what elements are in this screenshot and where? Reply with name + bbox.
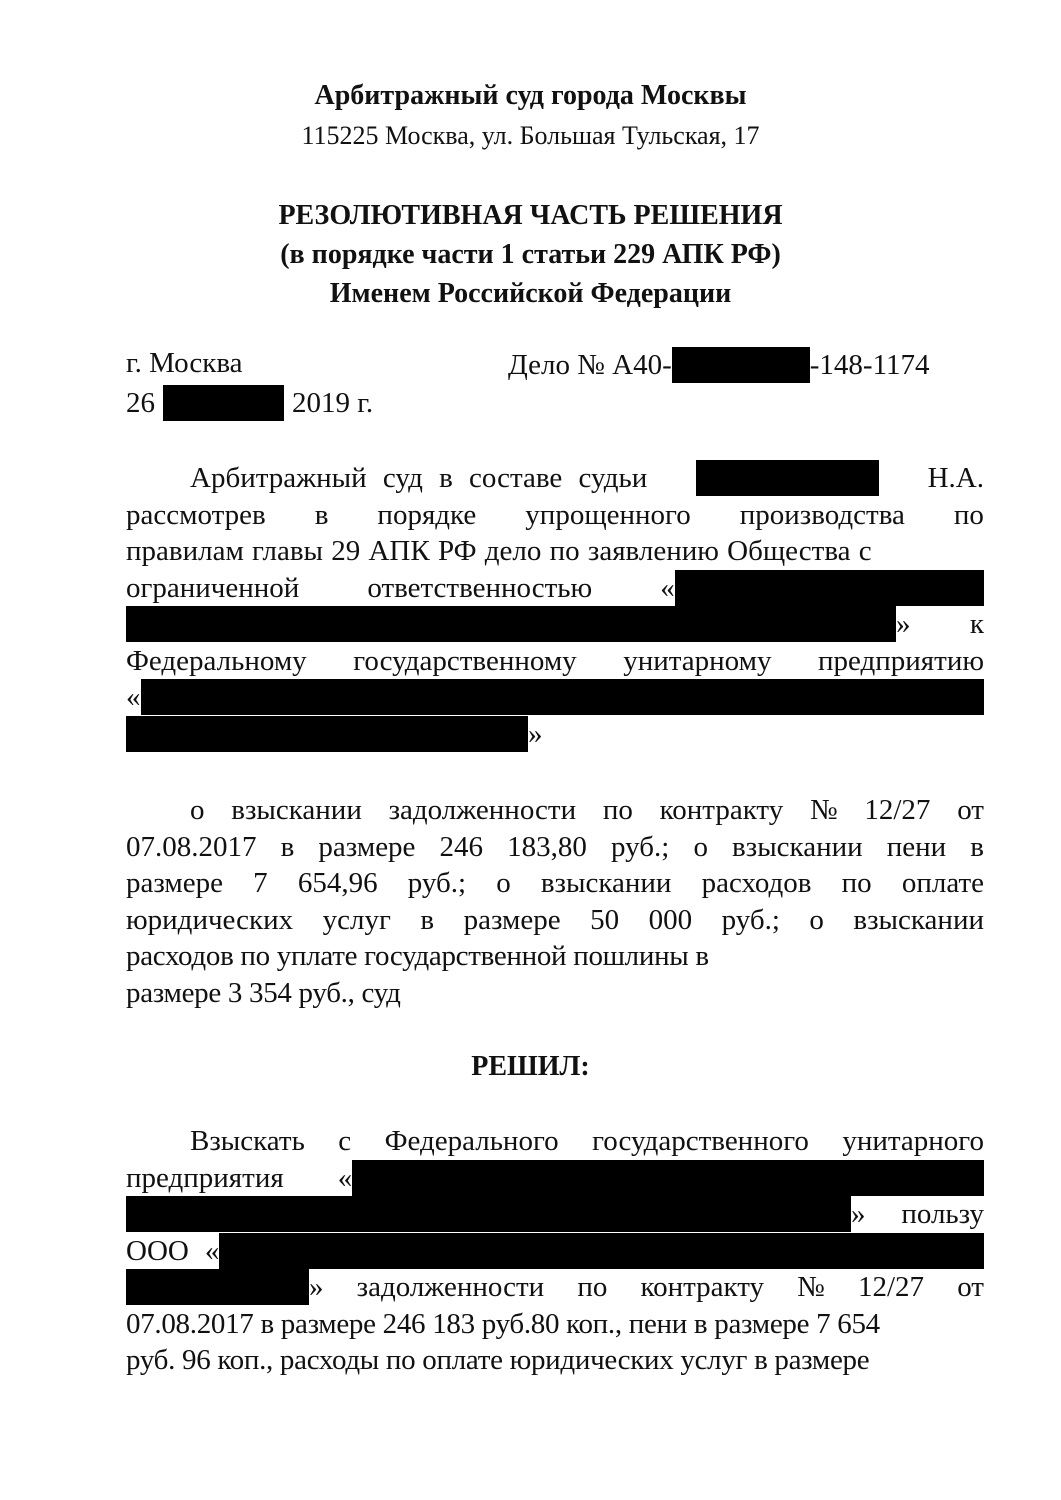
judge-initials: Н.А. [928, 461, 984, 495]
word: по [954, 498, 984, 532]
intro-line-1: Арбитражный суд в составе судьи Н.А. [126, 460, 984, 496]
word: услуг [323, 903, 391, 937]
word: руб.; [611, 830, 669, 864]
word: Федерального [385, 1124, 559, 1158]
word: » [896, 607, 911, 641]
word: с [338, 1124, 351, 1158]
word: № [810, 793, 838, 827]
redaction-bar [219, 1233, 984, 1269]
redaction-bar [672, 347, 810, 383]
decision-line-7: руб. 96 коп., расходы по оплате юридичес… [126, 1342, 984, 1378]
document-subtitle: (в порядке части 1 статьи 229 АПК РФ) [0, 239, 1061, 271]
word: контракту [660, 793, 784, 827]
claims-line-4: юридическихуслугвразмере50000руб.;овзыск… [126, 902, 984, 938]
decision-line-1: ВзыскатьсФедеральногогосударственногоуни… [126, 1123, 984, 1159]
court-name: Арбитражный суд города Москвы [0, 80, 1061, 112]
claims-line-5: расходов по уплате государственной пошли… [126, 938, 984, 974]
word: по [577, 1270, 607, 1304]
redaction-bar [126, 1196, 851, 1232]
word: о [809, 903, 824, 937]
word: « [660, 571, 675, 605]
case-number-prefix: Дело № А40- [508, 349, 672, 382]
intro-line-6: Федеральномугосударственномуунитарномупр… [126, 643, 984, 679]
word: 654,96 [298, 866, 378, 900]
city: г. Москва [126, 347, 243, 380]
word: в [281, 830, 295, 864]
word: унитарного [842, 1124, 984, 1158]
word: упрощенного [525, 498, 690, 532]
word: пользу [901, 1197, 984, 1231]
redaction-bar [126, 716, 528, 752]
case-number: Дело № А40- -148-1174 [508, 347, 930, 383]
decision-date: 26 2019 г. [126, 385, 373, 421]
decision-text: 07.08.2017 в размере 246 183 руб.80 коп.… [126, 1307, 880, 1341]
claims-text: расходов по уплате государственной пошли… [126, 939, 709, 973]
word: взыскании [231, 793, 362, 827]
date-year: 2019 г. [292, 387, 373, 420]
word: задолженности [357, 1270, 545, 1304]
word: 000 [649, 903, 693, 937]
word: ответственностью [367, 571, 592, 605]
word: в [420, 903, 434, 937]
word: взыскании [853, 903, 984, 937]
word: » [309, 1270, 324, 1304]
intro-line-4: ограниченной ответственностью « [126, 570, 984, 606]
decision-line-5: » задолженности по контракту № 12/27 от [126, 1269, 984, 1305]
decision-text: руб. 96 коп., расходы по оплате юридичес… [126, 1343, 869, 1377]
word: оплате [902, 866, 984, 900]
redaction-bar [696, 460, 879, 496]
word: 12/27 [858, 1270, 924, 1304]
word: о [190, 793, 205, 827]
word: предприятию [818, 644, 984, 678]
word: предприятия [126, 1161, 284, 1195]
word: от [957, 1270, 984, 1304]
decision-heading: РЕШИЛ: [0, 1051, 1061, 1083]
decision-line-4: ООО « [126, 1233, 984, 1269]
decision-line-3: » пользу [126, 1196, 984, 1232]
document-authority: Именем Российской Федерации [0, 278, 1061, 310]
word: о [693, 830, 708, 864]
word: ограниченной [126, 571, 299, 605]
claims-line-2: 07.08.2017вразмере246183,80руб.;овзыскан… [126, 829, 984, 865]
intro-text: Арбитражный суд в составе судьи [190, 461, 647, 495]
intro-text: правилам главы 29 АПК РФ дело по заявлен… [126, 534, 872, 568]
intro-line-8: » [126, 716, 984, 752]
word: о [496, 866, 511, 900]
word: руб.; [408, 866, 466, 900]
word: задолженности [389, 793, 577, 827]
redaction-bar [163, 385, 284, 421]
claims-line-3: размере7654,96руб.;овзысканиирасходовпоо… [126, 865, 984, 901]
word: пени [887, 830, 946, 864]
word: 50 [590, 903, 619, 937]
word: от [957, 793, 984, 827]
redaction-bar [352, 1160, 984, 1196]
word: взыскании [732, 830, 863, 864]
claims-text: размере 3 354 руб., суд [126, 976, 401, 1010]
word: 7 [253, 866, 268, 900]
word: размере [318, 830, 415, 864]
redaction-bar [126, 606, 896, 642]
word: ООО [126, 1234, 189, 1268]
word: государственному [353, 644, 576, 678]
word: « [205, 1234, 220, 1268]
word: Федеральному [126, 644, 307, 678]
word: 07.08.2017 [126, 830, 257, 864]
word: контракту [640, 1270, 764, 1304]
court-address: 115225 Москва, ул. Большая Тульская, 17 [0, 121, 1061, 151]
word: юридических [126, 903, 293, 937]
redaction-bar [675, 570, 984, 606]
word: производства [740, 498, 905, 532]
case-number-suffix: -148-1174 [810, 349, 930, 382]
word: к [970, 607, 984, 641]
claims-line-6: размере 3 354 руб., суд [126, 975, 984, 1011]
word: унитарному [623, 644, 771, 678]
document-title: РЕЗОЛЮТИВНАЯ ЧАСТЬ РЕШЕНИЯ [0, 200, 1061, 232]
word: « [338, 1161, 353, 1195]
intro-line-2: рассмотреввпорядкеупрощенногопроизводств… [126, 497, 984, 533]
word: 183,80 [507, 830, 587, 864]
word: в [315, 498, 329, 532]
word: государственного [592, 1124, 809, 1158]
intro-line-5: » к [126, 606, 984, 642]
word: расходов [702, 866, 812, 900]
intro-line-7: « [126, 679, 984, 715]
redaction-bar [126, 1269, 309, 1305]
word: по [842, 866, 872, 900]
word: в [970, 830, 984, 864]
intro-line-3: правилам главы 29 АПК РФ дело по заявлен… [126, 533, 984, 569]
word: по [603, 793, 633, 827]
word: 12/27 [864, 793, 930, 827]
decision-line-6: 07.08.2017 в размере 246 183 руб.80 коп.… [126, 1306, 984, 1342]
word: взыскании [541, 866, 672, 900]
word: « [126, 680, 141, 714]
word: 246 [440, 830, 484, 864]
word: размере [464, 903, 561, 937]
decision-line-2: предприятия « [126, 1160, 984, 1196]
word: » [528, 717, 543, 751]
word: порядке [377, 498, 476, 532]
word: размере [126, 866, 223, 900]
word: » [851, 1197, 866, 1231]
word: Взыскать [190, 1124, 305, 1158]
word: рассмотрев [126, 498, 266, 532]
date-day: 26 [126, 387, 155, 420]
claims-line-1: овзысканиизадолженностипоконтракту№12/27… [126, 792, 984, 828]
word: руб.; [722, 903, 780, 937]
word: № [797, 1270, 825, 1304]
redaction-bar [141, 679, 985, 715]
redacted-name-end: » [126, 1269, 324, 1305]
